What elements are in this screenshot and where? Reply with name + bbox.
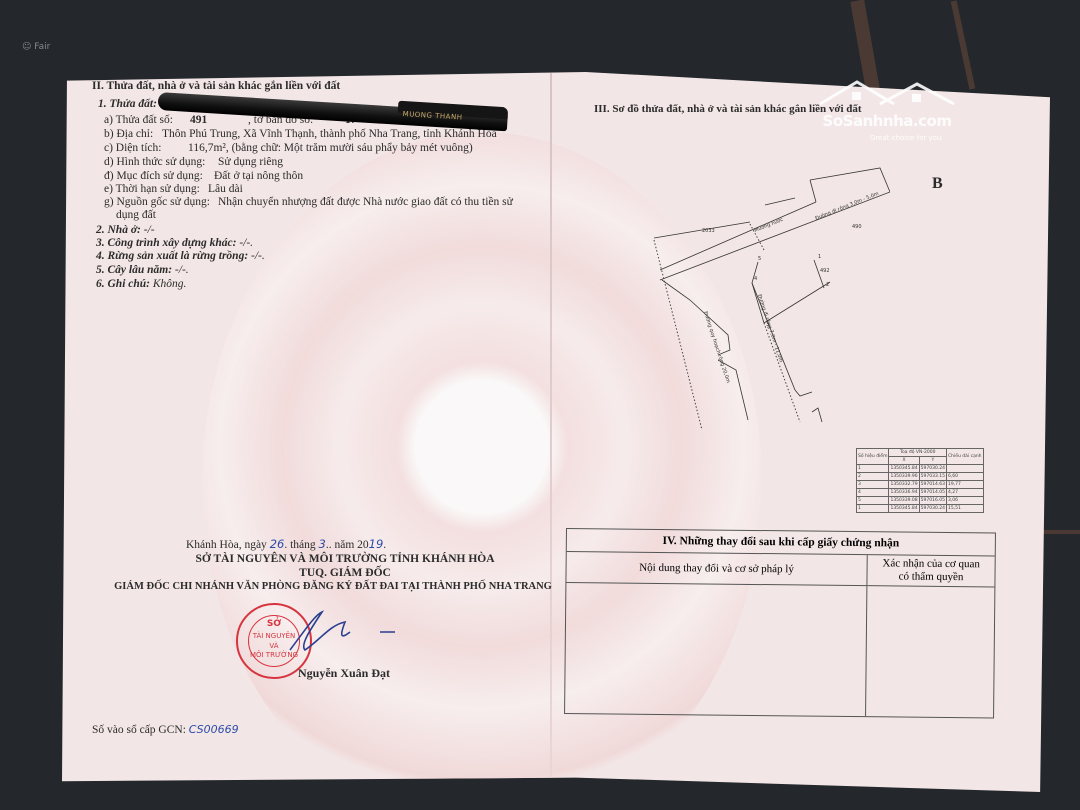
parcel-number-value: 491: [190, 114, 207, 128]
background-streak: [850, 0, 879, 91]
area-label: c) Diện tích:: [104, 142, 161, 156]
corner-logo: ☺ Fair: [22, 42, 50, 52]
svg-text:4: 4: [754, 276, 757, 282]
signature-icon: [270, 610, 430, 660]
usage-form-value: Sử dụng riêng: [218, 156, 283, 170]
svg-text:Đường đi rộng 3,0m - 5,0m: Đường đi rộng 3,0m - 5,0m: [814, 190, 880, 222]
sosanhnha-watermark: SoSanhnha.com Great choice for you: [812, 78, 962, 148]
item-notes: 6. Ghi chú: Không.: [96, 278, 186, 292]
changes-col-content: Nội dung thay đổi và cơ sở pháp lý: [566, 552, 867, 585]
usage-purpose-value: Đất ở tại nông thôn: [214, 170, 303, 184]
house-roof-icon: [812, 78, 962, 110]
parcel-diagram: 2033 492 490 Đường đi rộng 3,0m - 5,0m M…: [640, 160, 890, 430]
changes-content-cell: [565, 583, 867, 716]
tuq-director: TUQ. GIÁM ĐỐC: [120, 567, 570, 581]
changes-col-confirmation: Xác nhận của cơ quan có thẩm quyền: [867, 555, 994, 586]
coordinate-row: 31350332.79597014.6319,77: [857, 481, 984, 489]
section-title-ii: II. Thửa đất, nhà ở và tài sản khác gắn …: [92, 80, 340, 94]
svg-text:Mương nước: Mương nước: [753, 216, 784, 234]
svg-text:2033: 2033: [702, 228, 715, 234]
registry-number: Số vào sổ cấp GCN: CS00669: [92, 723, 239, 738]
svg-text:3: 3: [766, 322, 769, 328]
svg-text:490: 490: [852, 224, 862, 230]
item-planted-forest: 4. Rừng sản xuất là rừng trồng: -/-.: [96, 250, 265, 264]
usage-purpose-label: đ) Mục đích sử dụng:: [104, 170, 203, 184]
parcel-number-label: a) Thửa đất số:: [104, 114, 173, 128]
svg-text:Đường quy hoạch rộng 20,0m: Đường quy hoạch rộng 20,0m: [702, 310, 732, 383]
usage-form-label: d) Hình thức sử dụng:: [104, 156, 205, 170]
coordinate-row: 21350339.96597033.156,60: [857, 473, 984, 481]
item-perennial-trees: 5. Cây lâu năm: -/-.: [96, 264, 189, 278]
authority-name: SỞ TÀI NGUYÊN VÀ MÔI TRƯỜNG TỈNH KHÁNH H…: [120, 553, 570, 567]
background-streak: [951, 0, 976, 89]
usage-term-value: Lâu dài: [208, 183, 243, 197]
changes-table: IV. Những thay đổi sau khi cấp giấy chứn…: [564, 528, 996, 718]
coordinate-row: 41350336.94597014.054,27: [857, 489, 984, 497]
north-arrow-label: B: [932, 174, 943, 193]
address-value: Thôn Phú Trung, Xã Vĩnh Thạnh, thành phố…: [162, 128, 497, 142]
coordinate-row: 11350345.84597030.2415,51: [857, 505, 984, 513]
coordinate-table: Số hiệu điểm Toạ độ VN-2000 Chiều dài cạ…: [856, 448, 984, 513]
signer-name: Nguyễn Xuân Đạt: [298, 666, 390, 680]
director-title: GIÁM ĐỐC CHI NHÁNH VĂN PHÒNG ĐĂNG KÝ ĐẤT…: [68, 581, 598, 594]
address-label: b) Địa chỉ:: [104, 128, 153, 142]
issue-date: Khánh Hòa, ngày 26. tháng 3.. năm 2019.: [186, 538, 386, 553]
svg-text:Đường đi rộng 7,0m - 11,0m: Đường đi rộng 7,0m - 11,0m: [756, 293, 785, 363]
svg-text:1: 1: [818, 254, 821, 260]
svg-text:5: 5: [758, 256, 761, 262]
item-house: 2. Nhà ở: -/-: [96, 224, 155, 238]
svg-text:2: 2: [826, 282, 829, 288]
usage-term-label: e) Thời hạn sử dụng:: [104, 183, 200, 197]
coordinate-row: 11350345.84597030.24: [857, 465, 984, 473]
svg-text:492: 492: [820, 268, 830, 274]
origin-value: Nhận chuyển nhượng đất được Nhà nước gia…: [218, 196, 513, 210]
origin-value-cont: dụng đất: [116, 209, 156, 223]
background-streak: [1040, 530, 1080, 534]
origin-label: g) Nguồn gốc sử dụng:: [104, 196, 210, 210]
coordinate-row: 51350339.08597016.053,06: [857, 497, 984, 505]
sub-title-land-parcel: 1. Thửa đất:: [98, 98, 157, 112]
item-other-construction: 3. Công trình xây dựng khác: -/-.: [96, 237, 253, 251]
area-value: 116,7m², (bằng chữ: Một trăm mười sáu ph…: [188, 142, 473, 156]
